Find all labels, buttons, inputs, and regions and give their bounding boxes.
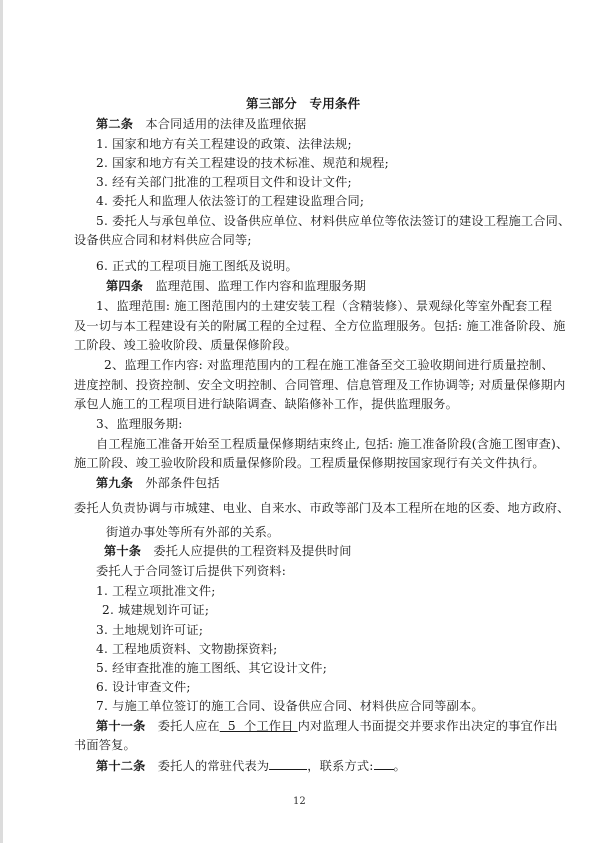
article-number: 第九条 bbox=[96, 476, 133, 490]
document-page: 第三部分 专用条件 第二条 本合同适用的法律及监理依据 1. 国家和地方有关工程… bbox=[0, 0, 600, 843]
list-item: 3. 经有关部门批准的工程项目文件和设计文件; bbox=[96, 174, 352, 190]
article-number: 第十一条 bbox=[96, 719, 146, 733]
list-item-continuation: 设备供应合同和材料供应合同等; bbox=[74, 232, 252, 248]
article-number: 第十二条 bbox=[96, 759, 146, 773]
article-text: 内对监理人书面提交并要求作出决定的事宜作出 bbox=[298, 719, 558, 733]
paragraph-line: 自工程施工准备开始至工程质量保修期结束终止, 包括: 施工准备阶段(含施工图审查… bbox=[96, 436, 568, 452]
contact-blank bbox=[374, 757, 394, 770]
list-item: 5. 委托人与承包单位、设备供应单位、材料供应单位等依法签订的建设工程施工合同、 bbox=[96, 213, 570, 229]
list-item: 3. 土地规划许可证; bbox=[96, 622, 203, 638]
article-number: 第十条 bbox=[104, 544, 141, 558]
article-12: 第十二条 委托人的常驻代表为，联系方式:。 bbox=[96, 757, 406, 774]
page-number: 12 bbox=[293, 796, 306, 807]
paragraph-line: 1、监理范围: 施工图范围内的土建安装工程（含精装修）、景观绿化等室外配套工程 bbox=[96, 298, 552, 314]
list-item: 2. 城建规划许可证; bbox=[102, 602, 209, 618]
list-item: 4. 工程地质资料、文物勘探资料; bbox=[96, 641, 277, 657]
article-10-heading: 第十条 委托人应提供的工程资料及提供时间 bbox=[104, 543, 352, 559]
article-number: 第二条 bbox=[96, 117, 133, 131]
paragraph-line: 街道办事处等所有外部的关系。 bbox=[106, 524, 279, 540]
article-title: 本合同适用的法律及监理依据 bbox=[145, 117, 306, 131]
list-item: 6. 设计审查文件; bbox=[96, 679, 191, 695]
list-item: 5. 经审查批准的施工图纸、其它设计文件; bbox=[96, 660, 327, 676]
article-text: 委托人应在 bbox=[158, 719, 220, 733]
article-9-heading: 第九条 外部条件包括 bbox=[96, 475, 220, 491]
article-4-heading: 第四条 监理范围、监理工作内容和监理服务期 bbox=[106, 278, 366, 294]
article-text: 委托人的常驻代表为 bbox=[158, 759, 270, 773]
list-item: 1. 工程立项批准文件; bbox=[96, 583, 216, 599]
article-11: 第十一条 委托人应在 5 个工作日 内对监理人书面提交并要求作出决定的事宜作出 bbox=[96, 718, 558, 734]
paragraph-line: 工阶段、竣工验收阶段、质量保修阶段。 bbox=[74, 337, 297, 353]
paragraph-line: 及一切与本工程建设有关的附属工程的全过程、全方位监理服务。包括: 施工准备阶段、… bbox=[74, 318, 566, 334]
paragraph-line: 施工阶段、竣工验收阶段和质量保修阶段。工程质量保修期按国家现行有关文件执行。 bbox=[74, 455, 545, 471]
article-number: 第四条 bbox=[106, 279, 143, 293]
list-item: 6. 正式的工程项目施工图纸及说明。 bbox=[96, 258, 298, 274]
article-title: 监理范围、监理工作内容和监理服务期 bbox=[155, 279, 366, 293]
list-item: 7. 与施工单位签订的施工合同、设备供应合同、材料供应合同等副本。 bbox=[96, 698, 484, 714]
days-field: 5 个工作日 bbox=[220, 719, 298, 733]
paragraph-line: 委托人负责协调与市城建、电业、自来水、市政等部门及本工程所在地的区委、地方政府、 bbox=[74, 500, 570, 516]
list-item: 2. 国家和地方有关工程建设的技术标准、规范和规程; bbox=[96, 155, 389, 171]
article-text: 。 bbox=[394, 759, 406, 773]
paragraph-line: 书面答复。 bbox=[74, 737, 136, 753]
paragraph-line: 2、监理工作内容: 对监理范围内的工程在施工准备至交工验收期间进行质量控制、 bbox=[104, 357, 554, 373]
article-2-heading: 第二条 本合同适用的法律及监理依据 bbox=[96, 116, 306, 132]
representative-blank bbox=[269, 757, 307, 770]
paragraph-line: 进度控制、投资控制、安全文明控制、合同管理、信息管理及工作协调等; 对质量保修期… bbox=[74, 377, 566, 393]
paragraph-line: 承包人施工的工程项目进行缺陷调查、缺陷修补工作，提供监理服务。 bbox=[74, 396, 458, 412]
section-title: 第三部分 专用条件 bbox=[246, 96, 360, 112]
paragraph-line: 委托人于合同签订后提供下列资料: bbox=[96, 563, 286, 579]
paragraph-line: 3、监理服务期: bbox=[96, 416, 183, 432]
list-item: 4. 委托人和监理人依法签订的工程建设监理合同; bbox=[96, 193, 364, 209]
article-text: ，联系方式: bbox=[307, 759, 373, 773]
article-title: 委托人应提供的工程资料及提供时间 bbox=[153, 544, 351, 558]
list-item: 1. 国家和地方有关工程建设的政策、法律法规; bbox=[96, 136, 352, 152]
article-title: 外部条件包括 bbox=[145, 476, 219, 490]
